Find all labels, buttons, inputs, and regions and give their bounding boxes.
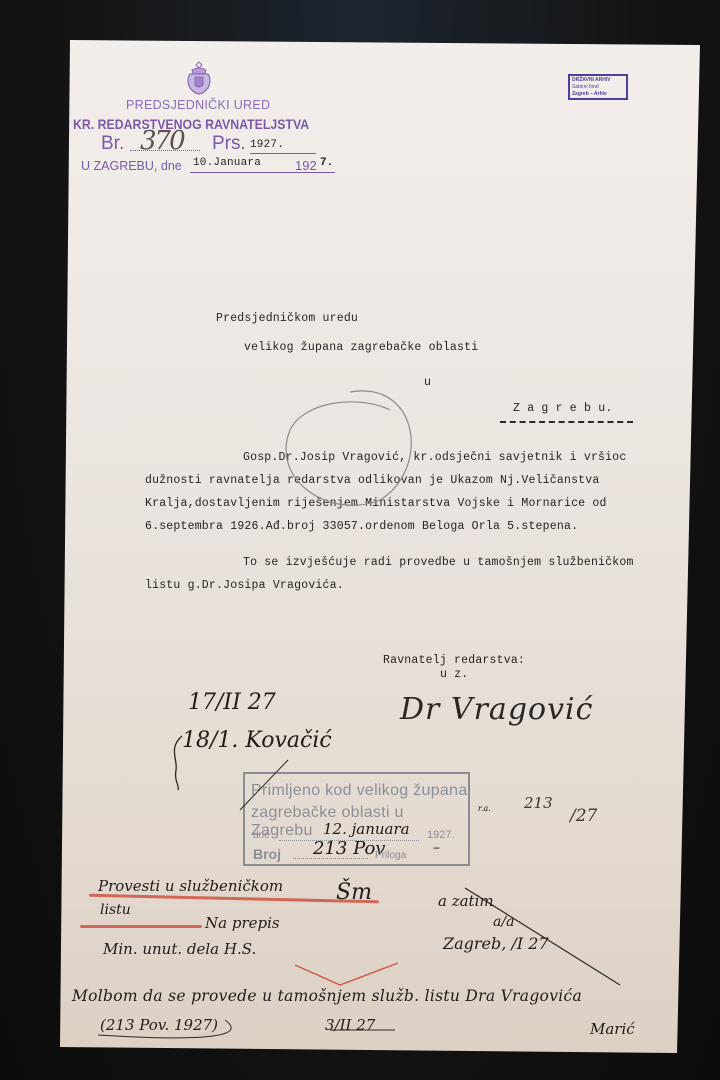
ref-number: 213 (524, 794, 553, 812)
body-p2-line1: To se izvješćuje radi provedbe u tamošnj… (243, 556, 634, 569)
handwritten-signature: Dr Vragović (400, 692, 593, 727)
body-p2-line2: listu g.Dr.Josipa Vragovića. (145, 579, 344, 592)
coat-of-arms-icon (184, 60, 214, 96)
note-place-date: Zagreb, /I 27 (443, 934, 549, 953)
stamp-prs-label: Prs. (212, 133, 246, 155)
ref-prefix: r.a. (478, 804, 491, 813)
date-underline (190, 172, 335, 173)
stamp-date: 10.Januara (193, 157, 261, 169)
note-a-zatim: a zatim (438, 892, 494, 910)
stamp-br-label: Br. (101, 133, 124, 155)
note-provesti-line2: listu (100, 902, 131, 918)
archive-stamp-line3: Zagreb – Arhiv (572, 91, 624, 98)
receipt-date-handwritten: 12. januara (323, 820, 410, 838)
note-bottom-request: Molbom da se provede u tamošnjem služb. … (72, 987, 582, 1005)
archive-stamp-line1: DRŽAVNI ARHIV (572, 77, 624, 84)
recipient-line3: u (424, 376, 431, 389)
receipt-priloga-handwritten: – (433, 840, 440, 856)
signature-uz: u z. (440, 668, 468, 681)
note-ministry: Min. unut. dela H.S. (103, 940, 256, 958)
note-initials: Šm (336, 880, 372, 905)
body-p1-line3: Kralja,dostavljenim riješenjem Ministars… (145, 497, 607, 510)
note-circled-ref: (213 Pov. 1927) (100, 1016, 218, 1034)
note-na-prepis: Na prepis (205, 914, 280, 932)
handwritten-date-1: 17/II 27 (188, 690, 276, 715)
receipt-stamp: Primljeno kod velikog župana zagrebačke … (243, 772, 470, 866)
note-bottom-date: 3/II 27 (325, 1016, 375, 1034)
stamp-department-line: KR. REDARSTVENOG RAVNATELJSTVA (73, 116, 309, 132)
body-p1-line2: dužnosti ravnatelja redarstva odlikovan … (145, 474, 599, 487)
receipt-stamp-line1: Primljeno kod velikog župana (251, 782, 468, 800)
handwritten-date-2: 18/1. Kovačić (182, 728, 332, 753)
note-provesti-line1: Provesti u službeničkom (98, 877, 283, 895)
stamp-place-label: U ZAGREBU, dne (81, 159, 182, 173)
br-handwritten-number: 370 (140, 126, 184, 156)
recipient-city: Z a g r e b u. (513, 402, 612, 415)
city-underline (500, 421, 633, 423)
receipt-broj-label: Broj (253, 846, 281, 862)
archive-stamp-line2: Sabirni fond (572, 84, 624, 91)
stamp-year-prefix: 192 (295, 158, 317, 173)
ref-suffix: /27 (570, 806, 597, 826)
prs-year: 1927. (250, 139, 284, 151)
note-aa: a/a (493, 914, 514, 930)
receipt-dne-label: dne (253, 830, 270, 841)
receipt-year: 1927. (427, 829, 455, 841)
note-bottom-signature: Marić (590, 1020, 635, 1038)
body-p1-line4: 6.septembra 1926.Ađ.broj 33057.ordenom B… (145, 520, 578, 533)
signature-title: Ravnatelj redarstva: (383, 654, 525, 667)
recipient-line2: velikog župana zagrebačke oblasti (244, 341, 478, 354)
body-p1-line1: Gosp.Dr.Josip Vragović, kr.odsječni savj… (243, 451, 626, 464)
archive-stamp: DRŽAVNI ARHIV Sabirni fond Zagreb – Arhi… (568, 74, 628, 100)
stamp-year-suffix: 7. (320, 157, 334, 169)
prs-underline (250, 153, 316, 154)
stamp-office-line: PREDSJEDNIČKI URED (126, 98, 270, 112)
receipt-priloga-label: Priloga (375, 850, 406, 861)
recipient-line1: Predsjedničkom uredu (216, 312, 358, 325)
red-pencil-underline-2 (80, 925, 202, 928)
